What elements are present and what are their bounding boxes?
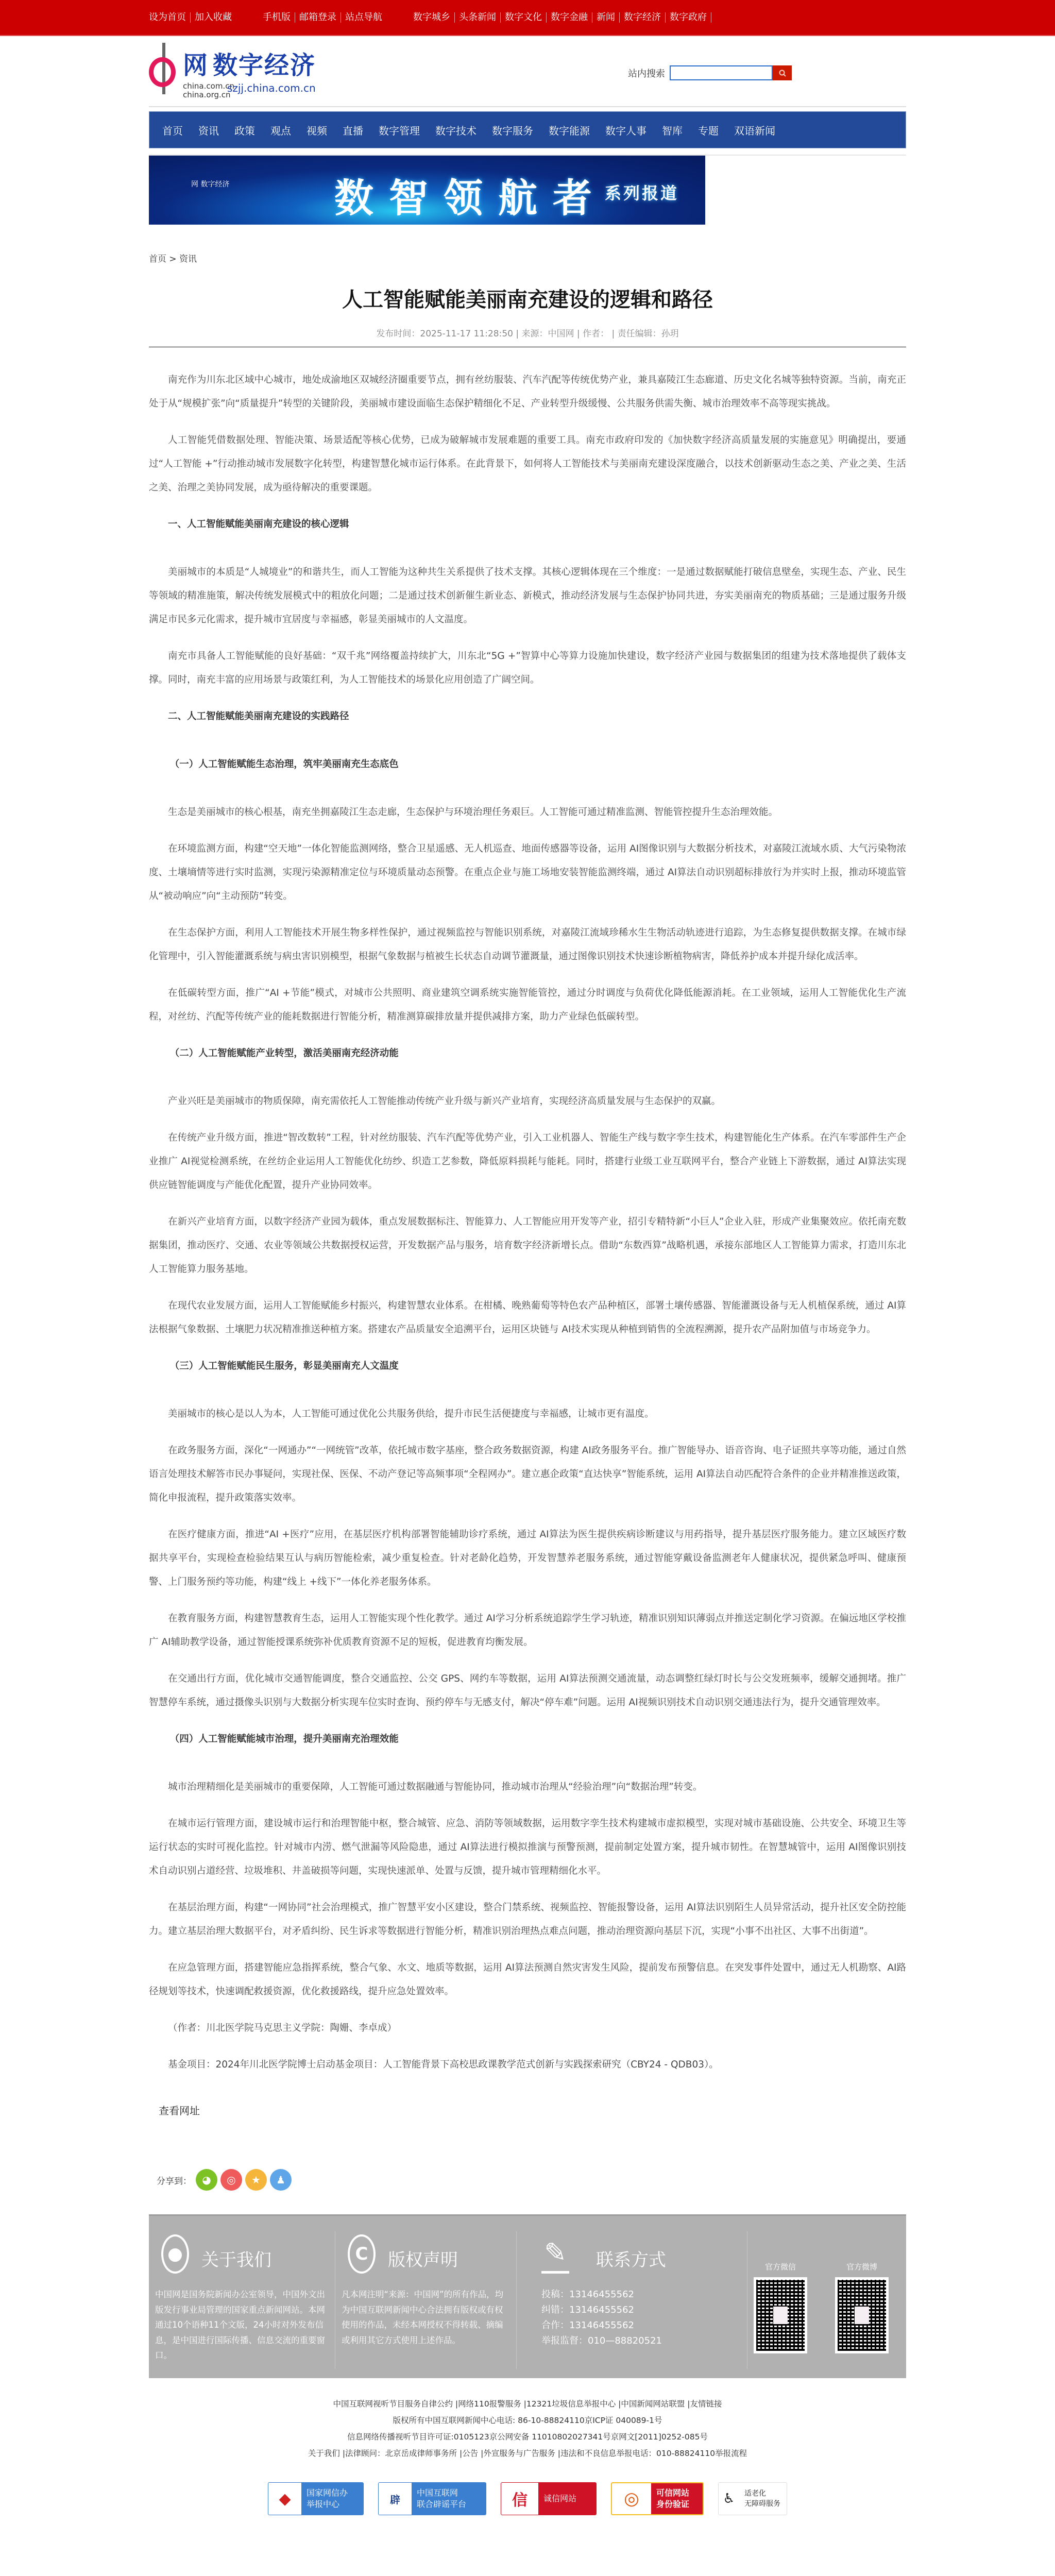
subsection-heading: （二）人工智能赋能产业转型，激活美丽南充经济动能 — [149, 1042, 906, 1065]
channel-link[interactable]: 数字经济 — [620, 12, 666, 23]
site-header: 网 数字经济 china.com.cn china.org.cn szjj.ch… — [149, 36, 906, 107]
nav-item-digital-energy[interactable]: 数字能源 — [541, 123, 598, 138]
article-paragraph: 生态是美丽城市的核心根基，南充坐拥嘉陵江生态走廊，生态保护与环境治理任务艰巨。人… — [149, 801, 906, 824]
channel-link[interactable]: 数字金融 — [547, 12, 592, 23]
article-meta: 发布时间：2025-11-17 11:28:50 | 来源：中国网 | 作者： … — [149, 326, 906, 348]
subsection-heading: （三）人工智能赋能民生服务，彰显美丽南充人文温度 — [149, 1354, 906, 1378]
contact-cooperation: 合作：13146455562 — [541, 2318, 741, 2333]
channel-link[interactable]: 头条新闻 — [455, 12, 501, 23]
footer-copyright-title: 版权声明 — [388, 2246, 458, 2271]
weibo-qr: 官方微博 — [835, 2261, 889, 2378]
article-paragraph: 在医疗健康方面，推进“AI +医疗”应用，在基层医疗机构部署智能辅助诊疗系统，通… — [149, 1523, 906, 1594]
topbar-group-site: 设为首页 加入收藏 — [149, 12, 236, 23]
accessibility-icon: ♿ — [719, 2483, 739, 2515]
contact-report: 举报监督：010—88820521 — [541, 2333, 741, 2349]
user-icon: ● — [161, 2234, 189, 2274]
article-paragraph: 在新兴产业培育方面，以数字经济产业园为载体，重点发展数据标注、智能算力、人工智能… — [149, 1210, 906, 1281]
footer-copyright-text: 凡本网注明“来源：中国网”的所有作品，均为中国互联网新闻中心合法拥有版权或有权使… — [342, 2287, 510, 2348]
breadcrumb[interactable]: 首页 > 资讯 — [149, 251, 906, 272]
search-button[interactable] — [773, 65, 792, 80]
wechat-qr-label: 官方微信 — [754, 2261, 807, 2272]
nav-item-special[interactable]: 专题 — [690, 123, 726, 138]
article-paragraph: 产业兴旺是美丽城市的物质保障，南充需依托人工智能推动传统产业升级与新兴产业培育，… — [149, 1090, 906, 1113]
mobile-link[interactable]: 手机版 — [263, 12, 295, 23]
badge-cac-report[interactable]: ◆ 国家网信办举报中心 — [268, 2482, 364, 2515]
footer-about-text: 中国网是国务院新闻办公室领导，中国外文出版发行事业局管理的国家重点新闻网站。本网… — [155, 2287, 329, 2363]
article-title: 人工智能赋能美丽南充建设的逻辑和路径 — [149, 283, 906, 313]
subsection-heading: （四）人工智能赋能城市治理，提升美丽南充治理效能 — [149, 1727, 906, 1751]
footer-about-title: 关于我们 — [201, 2246, 271, 2271]
trusted-site-icon: ◎ — [612, 2483, 651, 2514]
article-paragraph: 在交通出行方面，优化城市交通智能调度，整合交通监控、公交 GPS、网约车等数据，… — [149, 1667, 906, 1715]
search-icon — [778, 69, 787, 77]
section-heading: 一、人工智能赋能美丽南充建设的核心逻辑 — [149, 513, 906, 536]
nav-item-news[interactable]: 资讯 — [191, 123, 227, 138]
qr-code-icon — [838, 2280, 886, 2351]
nav-item-digital-hr[interactable]: 数字人事 — [598, 123, 654, 138]
share-bar: 分享到： ◕ ◎ ★ ♟ — [157, 2169, 906, 2191]
logo-url-szjj: szjj.china.com.cn — [227, 82, 316, 99]
subsection-heading: （一）人工智能赋能生态治理，筑牢美丽南充生态底色 — [149, 753, 906, 776]
pencil-icon: ✎ — [541, 2234, 569, 2274]
bottom-line-3: 信息网络传播视听节目许可证:0105123京公网安备 1101080202734… — [149, 2429, 906, 2445]
article-paragraph: 美丽城市的本质是“人城境业”的和谐共生，而人工智能为这种共生关系提供了技术支撑。… — [149, 561, 906, 632]
channel-link[interactable]: 数字城乡 — [413, 12, 455, 23]
footer-copyright: C 版权声明 凡本网注明“来源：中国网”的所有作品，均为中国互联网新闻中心合法拥… — [335, 2231, 517, 2369]
article-paragraph: 在应急管理方面，搭建智能应急指挥系统，整合气象、水文、地质等数据，运用 AI算法… — [149, 1956, 906, 2004]
article-paragraph: 人工智能凭借数据处理、智能决策、场景适配等核心优势，已成为破解城市发展难题的重要… — [149, 429, 906, 500]
weibo-qr-label: 官方微博 — [835, 2261, 889, 2272]
article-paragraph: 南充市具备人工智能赋能的良好基础：“双千兆”网络覆盖持续扩大，川东北“5G +”… — [149, 645, 906, 692]
article-paragraph: 在低碳转型方面，推广“AI +节能”模式，对城市公共照明、商业建筑空调系统实施智… — [149, 981, 906, 1029]
article-paragraph: 在教育服务方面，构建智慧教育生态，运用人工智能实现个性化教学。通过 AI学习分析… — [149, 1607, 906, 1654]
search-input[interactable] — [670, 65, 773, 80]
wechat-share-icon[interactable]: ◕ — [196, 2169, 217, 2191]
contact-submit: 投稿：13146455562 — [541, 2287, 741, 2302]
set-homepage-link[interactable]: 设为首页 — [149, 12, 191, 23]
logo-channel-name: 数字经济 — [213, 45, 316, 81]
banner-logo: 网 数字经济 — [191, 179, 229, 189]
site-search: 站内搜索 — [628, 65, 792, 80]
banner-subtitle: 系列报道 — [605, 180, 679, 204]
search-label: 站内搜索 — [628, 66, 665, 80]
copyright-icon: C — [348, 2234, 376, 2274]
nav-item-live[interactable]: 直播 — [335, 123, 371, 138]
article-paragraph: 城市治理精细化是美丽城市的重要保障，人工智能可通过数据融通与智能协同，推动城市治… — [149, 1775, 906, 1799]
topbar-group-tools: 手机版 邮箱登录 站点导航 — [263, 12, 386, 23]
channel-link[interactable]: 数字文化 — [501, 12, 547, 23]
nav-item-opinion[interactable]: 观点 — [263, 123, 299, 138]
cac-logo-icon: ◆ — [268, 2483, 301, 2515]
bottom-line-2: 版权所有中国互联网新闻中心电话: 86-10-88824110京ICP证 040… — [149, 2412, 906, 2429]
footer-contact-title: 联系方式 — [596, 2246, 666, 2271]
footer-about: ● 关于我们 中国网是国务院新闻办公室领导，中国外文出版发行事业局管理的国家重点… — [149, 2231, 335, 2369]
footer-qr-codes: 官方微信 官方微博 — [747, 2231, 896, 2378]
main-nav: 首页 资讯 政策 观点 视频 直播 数字管理 数字技术 数字服务 数字能源 数字… — [149, 111, 906, 148]
article-paragraph: 在环境监测方面，构建“空天地”一体化智能监测网络，整合卫星遥感、无人机巡查、地面… — [149, 837, 906, 908]
badge-trusted-site[interactable]: ◎ 可信网站身份验证 — [611, 2482, 704, 2515]
channel-link[interactable]: 数字政府 — [666, 12, 711, 23]
article-paragraph: 在传统产业升级方面，推进“智改数转”工程，针对丝纺服装、汽车汽配等优势产业，引入… — [149, 1126, 906, 1197]
logo-wang: 网 — [183, 45, 208, 81]
nav-item-think-tank[interactable]: 智库 — [654, 123, 690, 138]
top-bar: 设为首页 加入收藏 手机版 邮箱登录 站点导航 数字城乡 头条新闻 数字文化 数… — [0, 0, 1055, 36]
bottom-line-4[interactable]: 关于我们 |法律顾问：北京岳成律师事务所 |公告 |外宣服务与广告服务 |违法和… — [149, 2445, 906, 2462]
footer-info: ● 关于我们 中国网是国务院新闻办公室领导，中国外文出版发行事业局管理的国家重点… — [149, 2214, 906, 2378]
badge-rumor-platform[interactable]: 辟 中国互联网联合辟谣平台 — [378, 2482, 486, 2515]
nav-item-home[interactable]: 首页 — [155, 123, 191, 138]
article-paragraph: 在政务服务方面，深化“一网通办”“一网统管”改革，依托城市数字基座，整合政务数据… — [149, 1439, 906, 1510]
bottom-line-1[interactable]: 中国互联网视听节目服务自律公约 |网络110报警服务 |12321垃圾信息举报中… — [149, 2396, 906, 2412]
trust-badges: ◆ 国家网信办举报中心 辟 中国互联网联合辟谣平台 信 诚信网站 ◎ 可信网站身… — [149, 2482, 906, 2515]
site-logo[interactable]: 网 数字经济 china.com.cn china.org.cn szjj.ch… — [149, 43, 316, 99]
article-paragraph: 南充作为川东北区域中心城市，地处成渝地区双城经济圈重要节点，拥有丝纺服装、汽车汽… — [149, 368, 906, 416]
qq-share-icon[interactable]: ♟ — [270, 2169, 292, 2191]
article-paragraph: 在生态保护方面，利用人工智能技术开展生物多样性保护，通过视频监控与智能识别系统，… — [149, 921, 906, 969]
email-login-link[interactable]: 邮箱登录 — [295, 12, 341, 23]
banner-title: 数智领航者 — [334, 167, 607, 223]
view-url-link[interactable]: 查看网址 — [159, 2103, 906, 2117]
wechat-qr: 官方微信 — [754, 2261, 807, 2378]
nav-item-digital-service[interactable]: 数字服务 — [484, 123, 541, 138]
weibo-share-icon[interactable]: ◎ — [220, 2169, 242, 2191]
integrity-icon: 信 — [501, 2483, 538, 2515]
contact-correction: 纠错：13146455562 — [541, 2302, 741, 2318]
article-author: （作者：川北医学院马克思主义学院：陶姗、李卓成） — [149, 2016, 906, 2040]
series-banner[interactable]: 网 数字经济 数智领航者 系列报道 — [149, 156, 705, 225]
nav-item-video[interactable]: 视频 — [299, 123, 335, 138]
topbar-group-channels: 数字城乡 头条新闻 数字文化 数字金融 新闻 数字经济 数字政府 — [413, 12, 711, 23]
china-logo-icon — [149, 43, 180, 99]
channel-link[interactable]: 新闻 — [592, 12, 620, 23]
qr-code-icon — [756, 2280, 805, 2351]
site-nav-link[interactable]: 站点导航 — [341, 12, 386, 23]
article-paragraph: 美丽城市的核心是以人为本，人工智能可通过优化公共服务供给，提升市民生活便捷度与幸… — [149, 1402, 906, 1426]
bottom-links: 中国互联网视听节目服务自律公约 |网络110报警服务 |12321垃圾信息举报中… — [149, 2396, 906, 2462]
article-paragraph: 在城市运行管理方面，建设城市运行和治理智能中枢，整合城管、应急、消防等领域数据，… — [149, 1812, 906, 1883]
banner-row: 网 数字经济 数智领航者 系列报道 — [149, 155, 906, 236]
footer-contact: ✎ 联系方式 投稿：13146455562 纠错：13146455562 合作：… — [517, 2231, 747, 2369]
article-paragraph: 在现代农业发展方面，运用人工智能赋能乡村振兴，构建智慧农业体系。在柑橘、晚熟葡萄… — [149, 1294, 906, 1342]
logo-url-com: china.com.cn — [183, 82, 224, 91]
badge-integrity-site[interactable]: 信 诚信网站 — [501, 2482, 597, 2515]
nav-item-policy[interactable]: 政策 — [227, 123, 263, 138]
article-body: 南充作为川东北区域中心城市，地处成渝地区双城经济圈重要节点，拥有丝纺服装、汽车汽… — [149, 348, 906, 2077]
badge-elderly-accessibility[interactable]: ♿ 适老化无障碍服务 — [718, 2482, 787, 2515]
nav-item-digital-management[interactable]: 数字管理 — [371, 123, 428, 138]
share-label: 分享到： — [157, 2174, 192, 2187]
rumor-search-icon: 辟 — [379, 2483, 412, 2515]
section-heading: 二、人工智能赋能美丽南充建设的实践路径 — [149, 705, 906, 728]
nav-item-digital-tech[interactable]: 数字技术 — [428, 123, 484, 138]
logo-url-org: china.org.cn — [183, 91, 224, 99]
qzone-share-icon[interactable]: ★ — [245, 2169, 267, 2191]
nav-item-bilingual[interactable]: 双语新闻 — [726, 123, 783, 138]
add-favorite-link[interactable]: 加入收藏 — [191, 12, 236, 23]
article-paragraph: 基金项目：2024年川北医学院博士启动基金项目：人工智能背景下高校思政课教学范式… — [149, 2053, 906, 2077]
article-paragraph: 在基层治理方面，构建“一网协同”社会治理模式，推广智慧平安小区建设，整合门禁系统… — [149, 1896, 906, 1943]
